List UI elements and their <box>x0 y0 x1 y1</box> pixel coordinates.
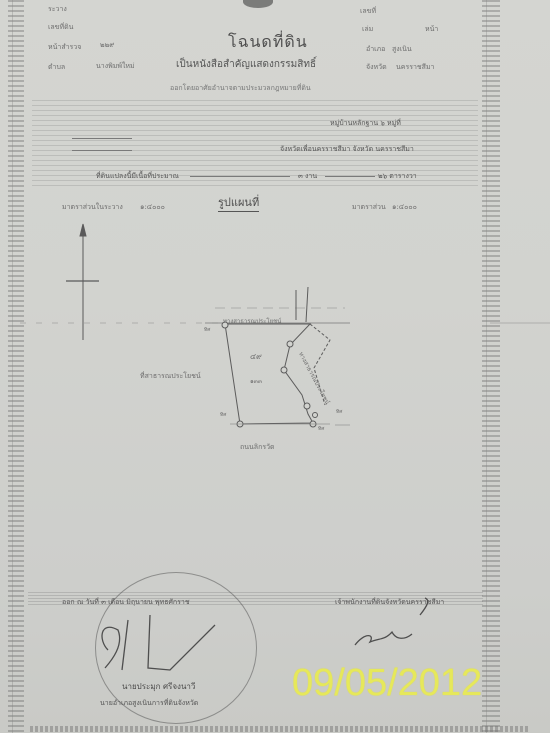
photo-date-stamp: 09/05/2012 <box>292 662 482 705</box>
signer-name: นายประมุก ศรีจงนาวี <box>122 680 195 693</box>
signer-title: นายอำเภอสูงเนินการที่ดินจังหวัด <box>100 698 198 709</box>
signatures <box>0 0 550 733</box>
faded-footer-text <box>30 726 530 732</box>
land-title-deed-page: ระวาง เลขที่ดิน หน้าสำรวจ ๒๒๙ ตำบล นางพิ… <box>0 0 550 733</box>
